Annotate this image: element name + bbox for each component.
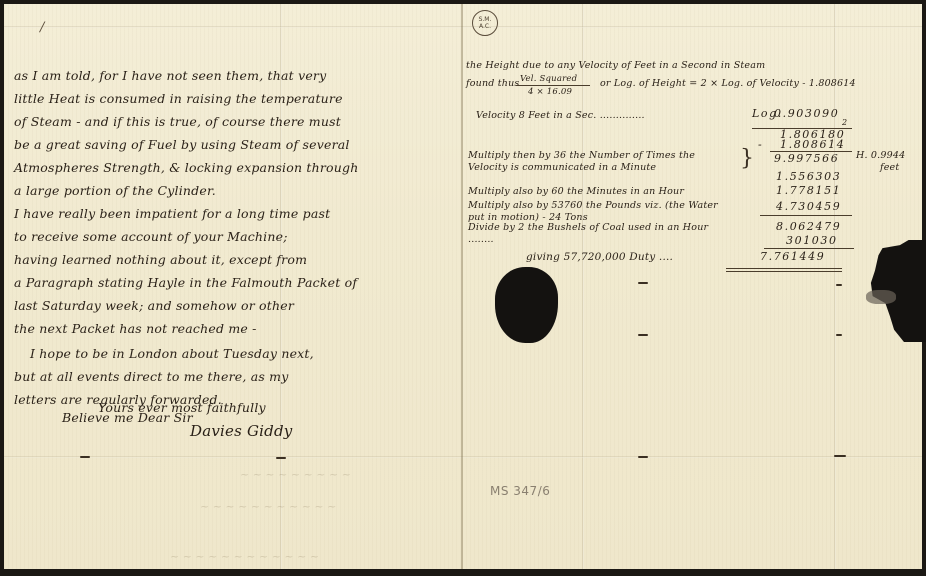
side-note-line-2: feet bbox=[880, 162, 899, 173]
brace: } bbox=[740, 148, 754, 170]
calc-value: 1.778151 bbox=[776, 184, 841, 197]
side-note-line-1: H. 0.9944 bbox=[856, 150, 905, 161]
letter-line: Atmospheres Strength, & locking expansio… bbox=[14, 160, 358, 175]
fold-crease-horizontal-top bbox=[4, 26, 462, 28]
closing-valediction: Yours ever most faithfully bbox=[98, 400, 266, 415]
fold-crease-horizontal-top bbox=[462, 26, 922, 28]
calc-value: 1.808614 bbox=[780, 138, 845, 151]
calc-rule bbox=[760, 215, 852, 216]
calc-label-velocity: Velocity 8 Feet in a Sec. .............. bbox=[476, 110, 645, 121]
calc-rule bbox=[764, 248, 854, 249]
letter-line: a Paragraph stating Hayle in the Falmout… bbox=[14, 275, 357, 290]
show-through-text: ~ ~ ~ ~ ~ ~ ~ ~ ~ bbox=[240, 468, 351, 481]
signature: Davies Giddy bbox=[190, 422, 292, 440]
seal-hole bbox=[495, 267, 558, 343]
fraction-numerator: Vel. Squared bbox=[520, 74, 577, 84]
calc-label-pounds: Multiply also by 53760 the Pounds viz. (… bbox=[468, 200, 730, 224]
letter-line: the next Packet has not reached me - bbox=[14, 321, 257, 336]
letter-line: to receive some account of your Machine; bbox=[14, 229, 288, 244]
calc-label-minutes: Multiply also by 60 the Minutes in an Ho… bbox=[468, 186, 684, 197]
stamp-line-2: A.C. bbox=[479, 23, 491, 30]
calc-result: 7.761449 bbox=[760, 250, 825, 263]
letter-line: I hope to be in London about Tuesday nex… bbox=[30, 346, 314, 361]
manuscript-scan: S.M. A.C. / as I am told, for I have not… bbox=[0, 0, 926, 576]
letter-line: of Steam - and if this is true, of cours… bbox=[14, 114, 341, 129]
ink-mark bbox=[836, 334, 842, 336]
fraction-bar bbox=[516, 85, 590, 86]
show-through-text: ~ ~ ~ ~ ~ ~ ~ ~ ~ ~ ~ bbox=[200, 500, 336, 513]
ink-mark bbox=[80, 456, 90, 458]
stamp-line-1: S.M. bbox=[479, 16, 492, 23]
page-gutter bbox=[461, 4, 463, 569]
letter-line: last Saturday week; and somehow or other bbox=[14, 298, 294, 313]
ink-mark bbox=[276, 457, 286, 459]
calc-label-times: Multiply then by 36 the Number of Times … bbox=[468, 150, 720, 174]
calc-header-line-1: the Height due to any Velocity of Feet i… bbox=[466, 60, 765, 71]
double-rule-bottom bbox=[726, 271, 842, 272]
letter-line: but at all events direct to me there, as… bbox=[14, 369, 289, 384]
calc-minus: - bbox=[758, 138, 763, 151]
calc-value: 0.903090 bbox=[774, 107, 839, 120]
letter-line: little Heat is consumed in raising the t… bbox=[14, 91, 343, 106]
calc-label-coal: Divide by 2 the Bushels of Coal used in … bbox=[468, 222, 718, 246]
fold-crease-horizontal-bottom bbox=[462, 456, 922, 458]
letter-line: as I am told, for I have not seen them, … bbox=[14, 68, 326, 83]
letter-line: a large portion of the Cylinder. bbox=[14, 183, 216, 198]
calc-header-suffix: or Log. of Height = 2 × Log. of Velocity… bbox=[600, 78, 856, 89]
calc-multiplier: 2 bbox=[842, 118, 849, 127]
ink-mark bbox=[836, 284, 842, 286]
calc-header-prefix: found thus bbox=[466, 78, 520, 89]
calc-value: 4.730459 bbox=[776, 200, 841, 213]
calc-value-coal: 301030 bbox=[786, 234, 838, 247]
ink-mark bbox=[834, 455, 846, 457]
ink-mark bbox=[638, 334, 648, 336]
calc-value: 1.556303 bbox=[776, 170, 841, 183]
corner-mark: / bbox=[40, 20, 45, 35]
letter-line: having learned nothing about it, except … bbox=[14, 252, 307, 267]
double-rule-top bbox=[726, 268, 842, 269]
fold-crease-vertical-1 bbox=[582, 4, 584, 569]
ink-mark bbox=[638, 456, 648, 458]
letter-line: I have really been impatient for a long … bbox=[14, 206, 330, 221]
show-through-text: ~ ~ ~ ~ ~ ~ ~ ~ ~ ~ ~ ~ bbox=[170, 550, 319, 563]
ink-mark bbox=[638, 282, 648, 284]
archive-stamp: S.M. A.C. bbox=[472, 10, 498, 36]
letter-line: be a great saving of Fuel by using Steam… bbox=[14, 137, 350, 152]
fold-crease-horizontal-bottom bbox=[4, 456, 462, 458]
calc-value-sum: 8.062479 bbox=[776, 220, 841, 233]
torn-edge-fray bbox=[866, 290, 896, 304]
fraction-denominator: 4 × 16.09 bbox=[528, 87, 572, 97]
calc-label-duty: giving 57,720,000 Duty .... bbox=[526, 251, 673, 263]
shelfmark: MS 347/6 bbox=[490, 484, 550, 498]
calc-value: 9.997566 bbox=[774, 152, 839, 165]
